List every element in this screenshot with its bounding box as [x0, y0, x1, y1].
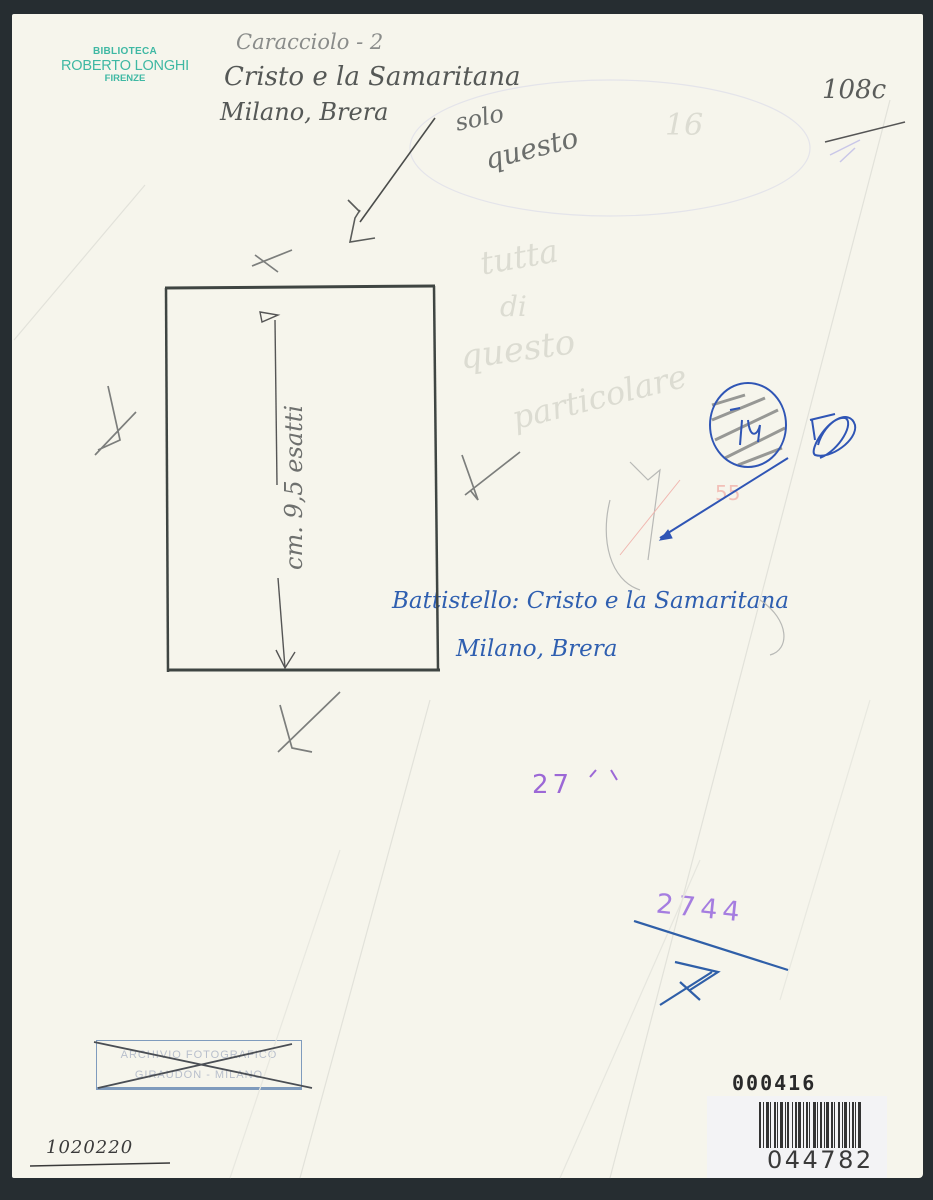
- crossed-stamp-line1: ARCHIVIO FOTOGRAFICO: [97, 1045, 301, 1065]
- crossed-archive-stamp: ARCHIVIO FOTOGRAFICO GIRAUDON - MILANO: [96, 1040, 302, 1090]
- corner-code: 108c: [822, 75, 886, 105]
- crop-measure-value: 9,5 esatti: [280, 405, 308, 519]
- crop-measure-label: cm. 9,5 esatti: [280, 370, 320, 570]
- location-note: Milano, Brera: [220, 98, 389, 126]
- violet-partial-number: 27: [532, 770, 573, 800]
- crossed-stamp-line2: GIRAUDON - MILANO: [97, 1065, 301, 1085]
- library-stamp-line2: ROBERTO LONGHI: [40, 58, 210, 75]
- library-stamp: BIBLIOTECA ROBERTO LONGHI FIRENZE: [40, 46, 210, 85]
- ghost-text-2: di: [500, 290, 527, 323]
- ghost-number: 16: [665, 108, 703, 143]
- barcode-number: 044782: [767, 1146, 874, 1174]
- inventory-number: 000416: [732, 1071, 816, 1095]
- library-stamp-line3: FIRENZE: [40, 74, 210, 85]
- barcode-icon: [759, 1102, 872, 1148]
- title-note: Cristo e la Samaritana: [224, 62, 521, 92]
- old-attribution-note: Caracciolo - 2: [236, 30, 383, 54]
- crop-measure-unit: cm.: [280, 526, 308, 570]
- pen-attribution-line2: Milano, Brera: [456, 636, 617, 662]
- library-stamp-line1: BIBLIOTECA: [40, 46, 210, 58]
- pen-attribution-line1: Battistello: Cristo e la Samaritana: [392, 588, 789, 614]
- catalog-number: 1020220: [46, 1137, 133, 1158]
- barcode-label: 044782: [707, 1096, 887, 1178]
